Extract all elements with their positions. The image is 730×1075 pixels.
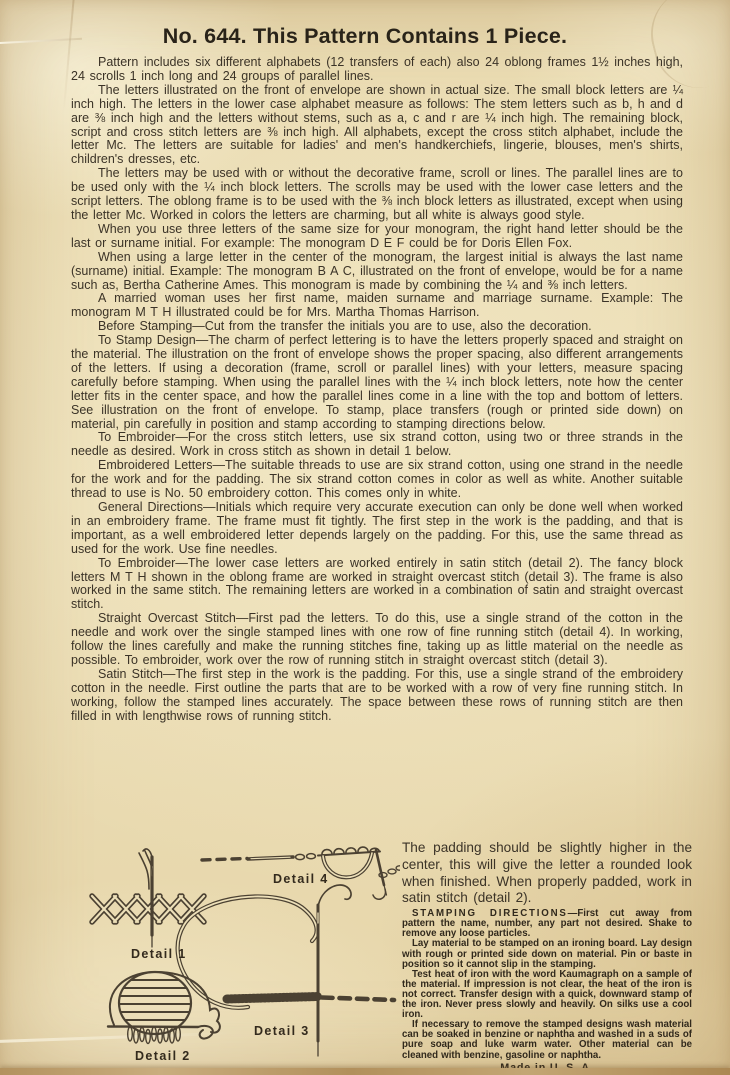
detail-1-label: Detail 1 — [131, 947, 187, 961]
stitch-detail-illustrations — [50, 843, 400, 1075]
instruction-paragraph: To Embroider—For the cross stitch letter… — [71, 431, 683, 459]
detail-4-label: Detail 4 — [273, 872, 329, 886]
instruction-paragraph: The letters illustrated on the front of … — [71, 84, 683, 167]
instruction-paragraph: Before Stamping—Cut from the transfer th… — [71, 320, 683, 334]
stamping-paragraph: Lay material to be stamped on an ironing… — [402, 939, 692, 969]
instruction-paragraph: Embroidered Letters—The suitable threads… — [71, 459, 683, 501]
detail-2-satin-stitch-illustration — [108, 972, 220, 1044]
stamping-paragraph: STAMPING DIRECTIONS—First cut away from … — [402, 909, 692, 939]
instruction-paragraph: When you use three letters of the same s… — [71, 223, 683, 251]
stamping-directions: STAMPING DIRECTIONS—First cut away from … — [402, 909, 692, 1060]
stamping-paragraph: If necessary to remove the stamped desig… — [402, 1020, 692, 1060]
instruction-paragraph: Pattern includes six different alphabets… — [71, 56, 683, 84]
instruction-paragraph: To Stamp Design—The charm of perfect let… — [71, 334, 683, 431]
padding-note: The padding should be slightly higher in… — [402, 840, 692, 907]
instruction-paragraph: Straight Overcast Stitch—First pad the l… — [71, 612, 683, 668]
bottom-right-column: The padding should be slightly higher in… — [402, 840, 692, 1074]
pattern-instruction-sheet: No. 644. This Pattern Contains 1 Piece. … — [0, 0, 730, 1075]
instruction-paragraph: A married woman uses her first name, mai… — [71, 292, 683, 320]
page-title: No. 644. This Pattern Contains 1 Piece. — [0, 24, 730, 49]
instruction-paragraph: When using a large letter in the center … — [71, 251, 683, 293]
detail-1-cross-stitch-illustration — [92, 849, 204, 947]
stamping-paragraph: Test heat of iron with the word Kaumagra… — [402, 970, 692, 1020]
detail-2-label: Detail 2 — [135, 1049, 191, 1063]
detail-3-label: Detail 3 — [254, 1024, 310, 1038]
instructions-text: Pattern includes six different alphabets… — [71, 56, 683, 724]
paper-bottom-edge — [0, 1068, 730, 1075]
instruction-paragraph: General Directions—Initials which requir… — [71, 501, 683, 557]
instruction-paragraph: To Embroider—The lower case letters are … — [71, 557, 683, 613]
instruction-paragraph: Satin Stitch—The first step in the work … — [71, 668, 683, 724]
instruction-paragraph: The letters may be used with or without … — [71, 167, 683, 223]
